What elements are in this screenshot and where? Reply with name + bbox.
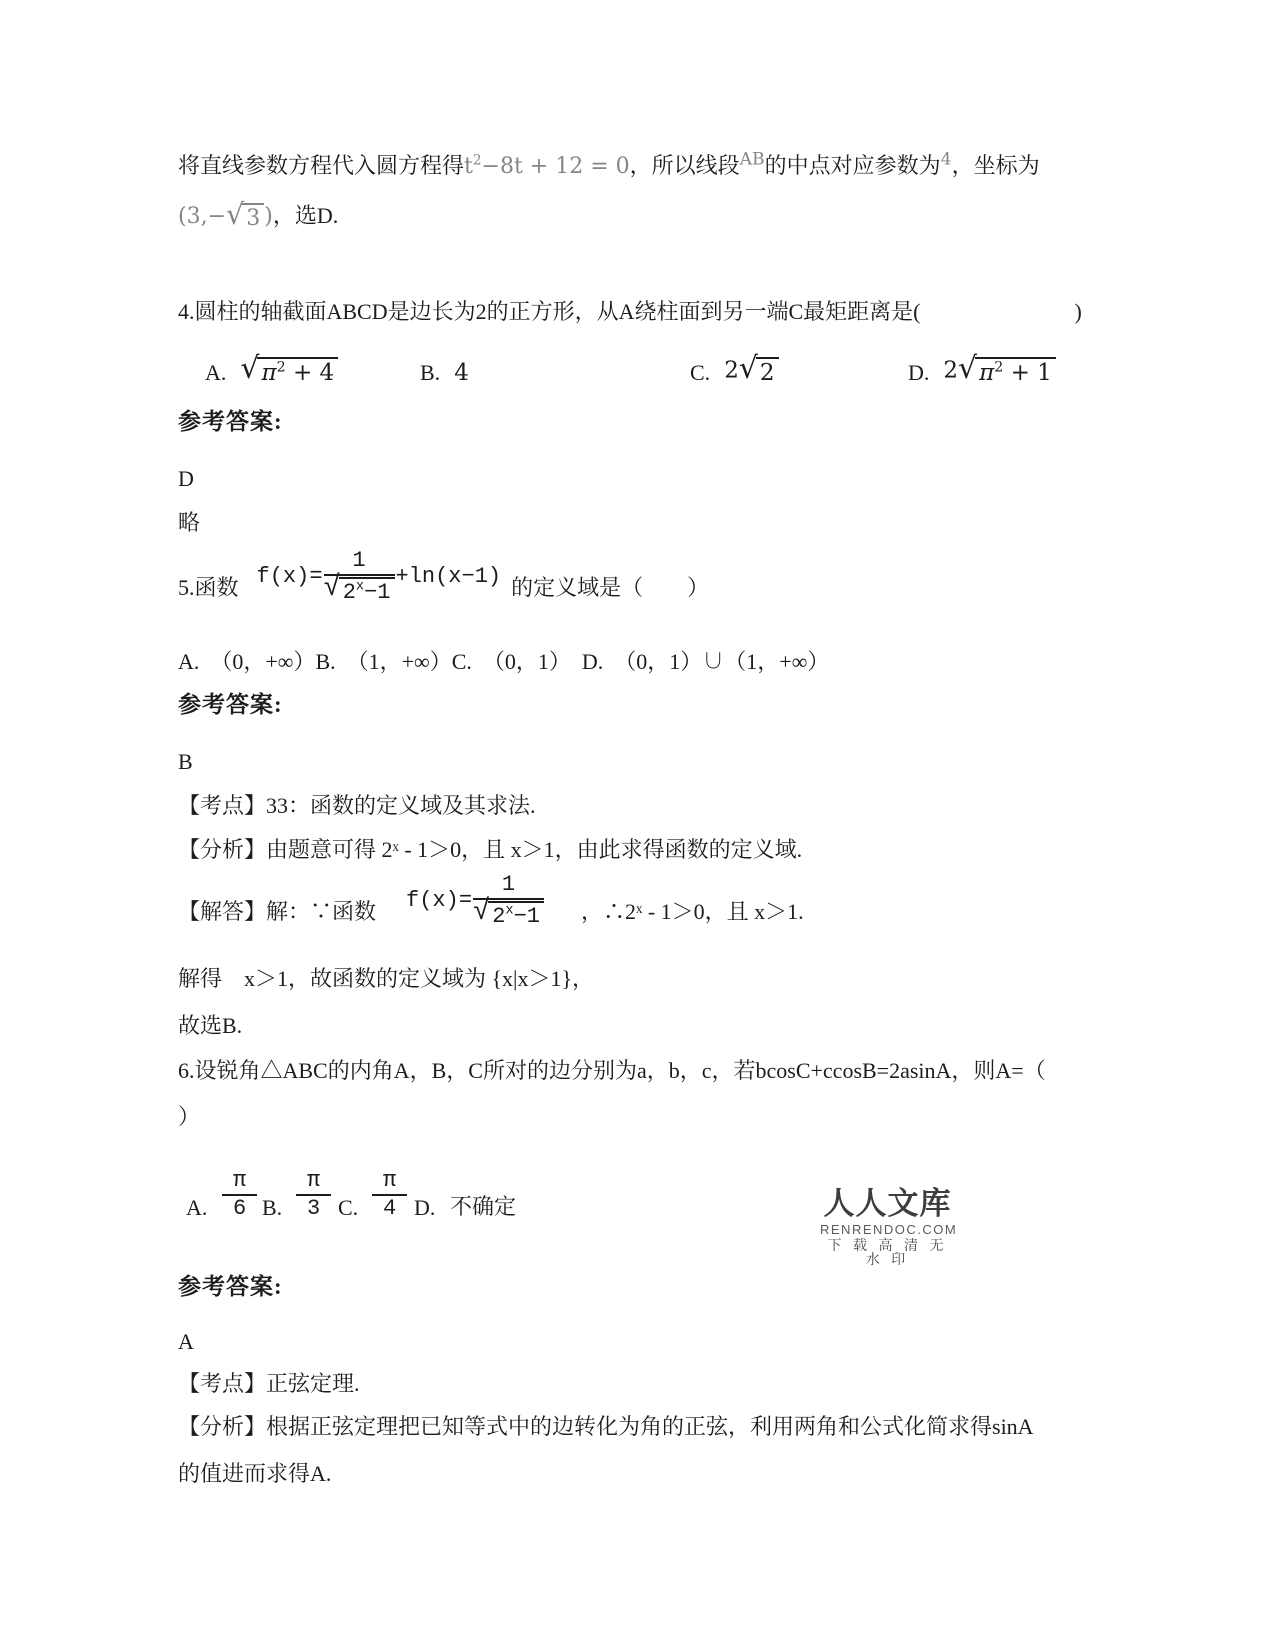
- base: 2: [492, 904, 505, 929]
- equation-variable: t: [464, 154, 473, 179]
- question4-option-a: A. √π2 + 4: [205, 357, 338, 386]
- question6-option-b-label: B.: [262, 1195, 282, 1221]
- option-b-value: 4: [454, 360, 469, 386]
- question6-option-d-value: 不确定: [450, 1190, 516, 1221]
- coordinate-equation: (3,−√3): [178, 204, 273, 229]
- option-label: D.: [908, 360, 929, 386]
- jieda-conclusion: ，∴2ˣ - 1＞0，且 x＞1.: [581, 896, 804, 930]
- solution3-line2: (3,−√3)，选D.: [178, 200, 338, 233]
- fraction: π6: [222, 1169, 257, 1221]
- question5-kaodian: 【考点】33：函数的定义域及其求法.: [178, 790, 536, 822]
- reference-answer-label: 参考答案:: [178, 688, 283, 721]
- numerator: π: [296, 1169, 331, 1196]
- radicand: 2x−1: [339, 577, 395, 605]
- inline-equation: t2−8t + 12 = 0: [464, 154, 630, 179]
- question5-answer: B: [178, 746, 193, 778]
- radicand: π2 + 4: [257, 357, 338, 386]
- fraction: 1√2x−1: [473, 872, 544, 930]
- exponent: x: [356, 580, 364, 595]
- coefficient: 2: [943, 357, 958, 383]
- question6-option-c-fraction: π4: [372, 1169, 407, 1221]
- fraction: π3: [296, 1169, 331, 1221]
- denominator: 3: [296, 1196, 331, 1221]
- question4-option-d: D. 2√π2 + 1: [908, 357, 1056, 386]
- radicand-rest: −1: [364, 580, 390, 605]
- segment-ab-equation: AB: [740, 150, 765, 170]
- base: 2: [343, 580, 356, 605]
- equation-exponent: 2: [473, 153, 482, 169]
- question5-options: A. （0，+∞）B. （1，+∞）C. （0，1） D. （0，1）∪（1，+…: [178, 646, 829, 678]
- radical: √2: [739, 357, 779, 386]
- denominator: √2x−1: [324, 576, 395, 605]
- question5-fenxi: 【分析】由题意可得 2ˣ - 1＞0，且 x＞1，由此求得函数的定义域.: [178, 834, 802, 866]
- solution3-line1: 将直线参数方程代入圆方程得t2−8t + 12 = 0，所以线段AB的中点对应参…: [178, 150, 1040, 183]
- exponent: 2: [277, 359, 286, 375]
- coefficient: 2: [724, 357, 739, 383]
- question6-option-a-label: A.: [186, 1195, 207, 1221]
- radicand-rest: + 1: [1003, 360, 1052, 386]
- coordinate-pre: (3,−: [178, 204, 226, 229]
- question5-prefix: 5.函数: [178, 572, 239, 606]
- denominator: 6: [222, 1196, 257, 1221]
- formula-rhs: +ln(x−1): [396, 561, 502, 593]
- coordinate-post: ): [264, 204, 273, 229]
- question6-kaodian: 【考点】正弦定理.: [178, 1368, 360, 1400]
- question5-jieda: 【解答】解：∵函数 f(x)=1√2x−1 ，∴2ˣ - 1＞0，且 x＞1.: [178, 872, 804, 930]
- radical: √3: [226, 203, 264, 231]
- question6-options: A. π6 B. π3 C. π4 D. 不确定: [0, 1163, 1275, 1221]
- question4-option-b: B. 4: [420, 360, 469, 386]
- radical: √π2 + 1: [958, 357, 1056, 386]
- question6-option-d-label: D.: [414, 1195, 435, 1221]
- fraction: π4: [372, 1169, 407, 1221]
- option-label: A.: [205, 360, 226, 386]
- pi-symbol: π: [979, 360, 994, 386]
- exponent: 2: [994, 359, 1003, 375]
- fraction: 1√2x−1: [324, 548, 395, 606]
- formula-lhs: f(x)=: [406, 885, 472, 917]
- question5-suffix: 的定义域是（ ）: [511, 572, 709, 606]
- question5-jieda-line3: 故选B.: [178, 1010, 242, 1042]
- question4-note: 略: [178, 507, 200, 539]
- text-run: ，所以线段: [630, 153, 740, 178]
- reference-answer-label: 参考答案:: [178, 405, 283, 438]
- pi-symbol: π: [261, 360, 276, 386]
- numerator: π: [372, 1169, 407, 1196]
- jieda-prefix: 【解答】解：∵函数: [178, 896, 376, 930]
- question6-stem-close: ）: [178, 1101, 200, 1133]
- watermark-logo: 人人文库: [820, 1188, 955, 1219]
- text-run: 的中点对应参数为: [765, 153, 941, 178]
- question5-stem: 5.函数 f(x)=1√2x−1+ln(x−1) 的定义域是（ ）: [178, 548, 709, 606]
- question6-fenxi-line1: 【分析】根据正弦定理把已知等式中的边转化为角的正弦，利用两角和公式化简求得sin…: [178, 1411, 1034, 1443]
- math-worksheet-page: 将直线参数方程代入圆方程得t2−8t + 12 = 0，所以线段AB的中点对应参…: [0, 0, 1275, 1650]
- parameter-value-equation: 4: [941, 150, 952, 170]
- question6-option-a-fraction: π6: [222, 1169, 257, 1221]
- equation-rest: −8t + 12 = 0: [482, 154, 630, 179]
- question6-answer: A: [178, 1326, 194, 1358]
- function-formula: f(x)=1√2x−1+ln(x−1): [257, 548, 502, 606]
- radicand: 2: [756, 357, 779, 386]
- denominator: √2x−1: [473, 900, 544, 929]
- question5-jieda-line2: 解得 x＞1，故函数的定义域为 {x|x＞1}，: [178, 963, 594, 995]
- question4-option-c: C. 2√2: [690, 357, 779, 386]
- question4-stem: 4.圆柱的轴截面ABCD是边长为2的正方形，从A绕柱面到另一端C最矩距离是( ): [178, 296, 1082, 328]
- option-d-formula: 2√π2 + 1: [943, 357, 1055, 386]
- option-label: C.: [690, 360, 710, 386]
- function-formula: f(x)=1√2x−1: [406, 872, 545, 930]
- option-label: B.: [420, 360, 440, 386]
- exponent: x: [505, 904, 513, 919]
- text-run: 将直线参数方程代入圆方程得: [178, 153, 464, 178]
- radicand-rest: + 4: [286, 360, 335, 386]
- option-a-formula: √π2 + 4: [240, 357, 338, 386]
- watermark-slogan: 下 载 高 清 无 水 印: [820, 1240, 955, 1268]
- radicand: π2 + 1: [975, 357, 1056, 386]
- radicand: 2x−1: [488, 901, 544, 929]
- text-run: ，坐标为: [952, 153, 1040, 178]
- question6-option-b-fraction: π3: [296, 1169, 331, 1221]
- watermark-domain: RENRENDOC.COM: [820, 1223, 955, 1236]
- text-run: ，选D.: [273, 203, 338, 228]
- formula-lhs: f(x)=: [257, 561, 323, 593]
- reference-answer-label: 参考答案:: [178, 1270, 283, 1303]
- radicand-rest: −1: [514, 904, 540, 929]
- radicand: 3: [242, 203, 264, 231]
- question4-answer: D: [178, 463, 194, 495]
- question4-options: A. √π2 + 4 B. 4 C. 2√2 D. 2√π2 + 1: [0, 334, 1275, 386]
- question6-option-c-label: C.: [338, 1195, 358, 1221]
- numerator: π: [222, 1169, 257, 1196]
- question6-fenxi-line2: 的值进而求得A.: [178, 1458, 331, 1490]
- question6-stem: 6.设锐角△ABC的内角A，B，C所对的边分别为a，b，c，若bcosC+cco…: [178, 1055, 1046, 1087]
- option-c-formula: 2√2: [724, 357, 778, 386]
- watermark: 人人文库 RENRENDOC.COM 下 载 高 清 无 水 印: [820, 1188, 955, 1268]
- radical: √π2 + 4: [240, 357, 338, 386]
- denominator: 4: [372, 1196, 407, 1221]
